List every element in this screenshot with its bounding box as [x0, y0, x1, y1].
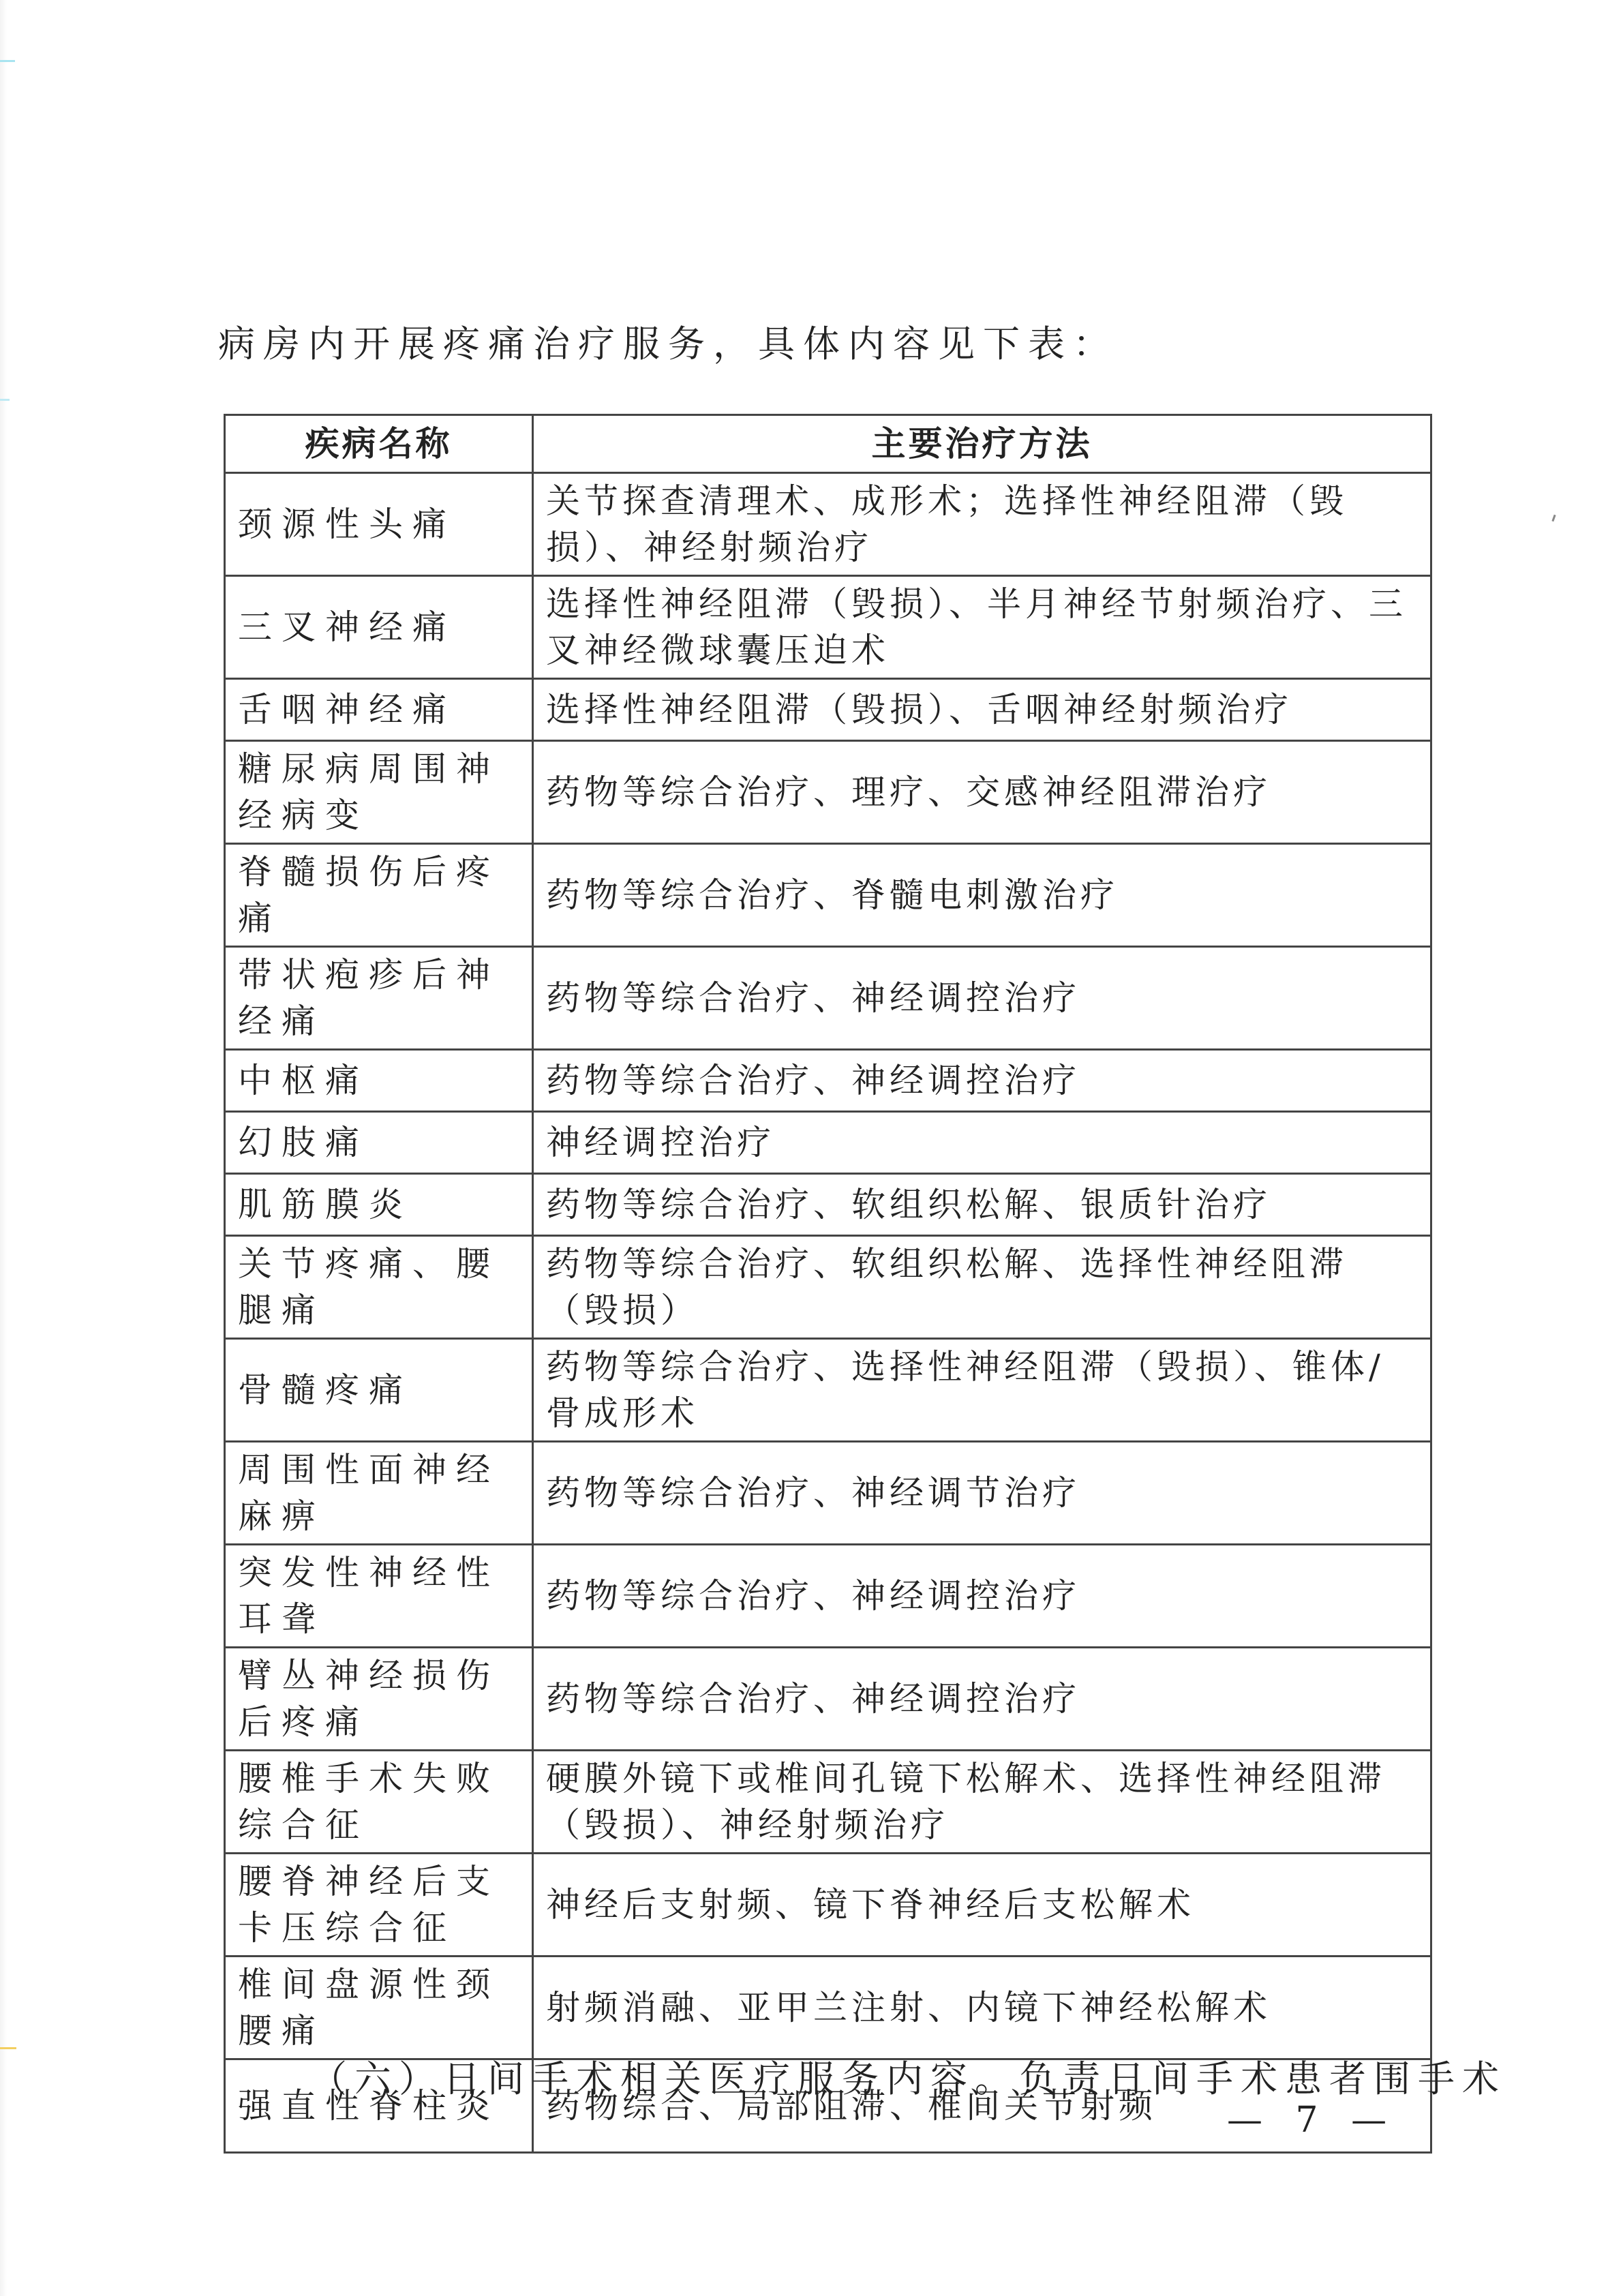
disease-name-cell: 中枢痛: [225, 1050, 533, 1112]
disease-name-cell: 骨髓疼痛: [225, 1339, 533, 1442]
treatment-method-cell: 药物等综合治疗、软组织松解、银质针治疗: [533, 1174, 1431, 1236]
table-row: 幻肢痛神经调控治疗: [225, 1112, 1431, 1174]
table-row: 椎间盘源性颈腰痛射频消融、亚甲兰注射、内镜下神经松解术: [225, 1957, 1431, 2059]
page-number: — 7 —: [1227, 2100, 1397, 2141]
disease-name-cell: 突发性神经性耳聋: [225, 1545, 533, 1648]
treatment-method-cell: 关节探查清理术、成形术；选择性神经阻滞（毁损）、神经射频治疗: [533, 473, 1431, 576]
disease-name-cell: 幻肢痛: [225, 1112, 533, 1174]
disease-name-cell: 周围性面神经麻痹: [225, 1442, 533, 1545]
disease-name-cell: 三叉神经痛: [225, 576, 533, 679]
table-row: 腰椎手术失败综合征硬膜外镜下或椎间孔镜下松解术、选择性神经阻滞（毁损）、神经射频…: [225, 1751, 1431, 1854]
table-header-row: 疾病名称 主要治疗方法: [225, 415, 1431, 473]
table-row: 中枢痛药物等综合治疗、神经调控治疗: [225, 1050, 1431, 1112]
disease-name-cell: 带状疱疹后神经痛: [225, 947, 533, 1050]
treatment-method-cell: 神经后支射频、镜下脊神经后支松解术: [533, 1854, 1431, 1957]
disease-name-cell: 肌筋膜炎: [225, 1174, 533, 1236]
disease-name-cell: 糖尿病周围神经病变: [225, 741, 533, 844]
treatment-method-cell: 射频消融、亚甲兰注射、内镜下神经松解术: [533, 1957, 1431, 2059]
disease-name-cell: 脊髓损伤后疼痛: [225, 844, 533, 947]
treatment-method-cell: 药物等综合治疗、选择性神经阻滞（毁损）、锥体/骨成形术: [533, 1339, 1431, 1442]
intro-paragraph: 病房内开展疼痛治疗服务，具体内容见下表：: [218, 320, 1118, 368]
disease-name-cell: 颈源性头痛: [225, 473, 533, 576]
table-row: 糖尿病周围神经病变药物等综合治疗、理疗、交感神经阻滞治疗: [225, 741, 1431, 844]
treatment-method-cell: 药物等综合治疗、神经调控治疗: [533, 1648, 1431, 1751]
disease-name-cell: 腰椎手术失败综合征: [225, 1751, 533, 1854]
table-row: 肌筋膜炎药物等综合治疗、软组织松解、银质针治疗: [225, 1174, 1431, 1236]
header-disease-name: 疾病名称: [225, 415, 533, 473]
treatment-method-cell: 药物等综合治疗、神经调节治疗: [533, 1442, 1431, 1545]
disease-name-cell: 腰脊神经后支卡压综合征: [225, 1854, 533, 1957]
scan-speck: [1551, 515, 1556, 522]
pain-treatment-table: 疾病名称 主要治疗方法 颈源性头痛关节探查清理术、成形术；选择性神经阻滞（毁损）…: [224, 414, 1432, 2154]
treatment-method-cell: 选择性神经阻滞（毁损）、舌咽神经射频治疗: [533, 679, 1431, 741]
treatment-method-cell: 药物等综合治疗、脊髓电刺激治疗: [533, 844, 1431, 947]
table-row: 骨髓疼痛药物等综合治疗、选择性神经阻滞（毁损）、锥体/骨成形术: [225, 1339, 1431, 1442]
scan-edge-shadow: [0, 0, 7, 2296]
treatment-method-cell: 神经调控治疗: [533, 1112, 1431, 1174]
table-row: 舌咽神经痛选择性神经阻滞（毁损）、舌咽神经射频治疗: [225, 679, 1431, 741]
header-treatment-method: 主要治疗方法: [533, 415, 1431, 473]
treatment-method-cell: 选择性神经阻滞（毁损）、半月神经节射频治疗、三叉神经微球囊压迫术: [533, 576, 1431, 679]
scan-artifact-mark: [0, 399, 10, 401]
table-row: 周围性面神经麻痹药物等综合治疗、神经调节治疗: [225, 1442, 1431, 1545]
treatment-method-cell: 药物等综合治疗、神经调控治疗: [533, 1050, 1431, 1112]
table-row: 关节疼痛、腰腿痛药物等综合治疗、软组织松解、选择性神经阻滞（毁损）: [225, 1236, 1431, 1339]
disease-name-cell: 椎间盘源性颈腰痛: [225, 1957, 533, 2059]
disease-name-cell: 臂丛神经损伤后疼痛: [225, 1648, 533, 1751]
table-row: 带状疱疹后神经痛药物等综合治疗、神经调控治疗: [225, 947, 1431, 1050]
table-row: 三叉神经痛选择性神经阻滞（毁损）、半月神经节射频治疗、三叉神经微球囊压迫术: [225, 576, 1431, 679]
treatment-method-cell: 药物等综合治疗、理疗、交感神经阻滞治疗: [533, 741, 1431, 844]
disease-name-cell: 关节疼痛、腰腿痛: [225, 1236, 533, 1339]
treatment-method-cell: 硬膜外镜下或椎间孔镜下松解术、选择性神经阻滞（毁损）、神经射频治疗: [533, 1751, 1431, 1854]
table-row: 颈源性头痛关节探查清理术、成形术；选择性神经阻滞（毁损）、神经射频治疗: [225, 473, 1431, 576]
treatment-method-cell: 药物等综合治疗、神经调控治疗: [533, 1545, 1431, 1648]
table-row: 脊髓损伤后疼痛药物等综合治疗、脊髓电刺激治疗: [225, 844, 1431, 947]
table-row: 腰脊神经后支卡压综合征神经后支射频、镜下脊神经后支松解术: [225, 1854, 1431, 1957]
treatment-method-cell: 药物等综合治疗、神经调控治疗: [533, 947, 1431, 1050]
table-row: 臂丛神经损伤后疼痛药物等综合治疗、神经调控治疗: [225, 1648, 1431, 1751]
scan-artifact-mark: [0, 2047, 16, 2049]
scan-artifact-mark: [0, 60, 15, 62]
treatment-method-cell: 药物等综合治疗、软组织松解、选择性神经阻滞（毁损）: [533, 1236, 1431, 1339]
disease-name-cell: 舌咽神经痛: [225, 679, 533, 741]
table-row: 突发性神经性耳聋药物等综合治疗、神经调控治疗: [225, 1545, 1431, 1648]
section-heading-paragraph: （六）日间手术相关医疗服务内容。负责日间手术患者围手术: [310, 2055, 1506, 2103]
